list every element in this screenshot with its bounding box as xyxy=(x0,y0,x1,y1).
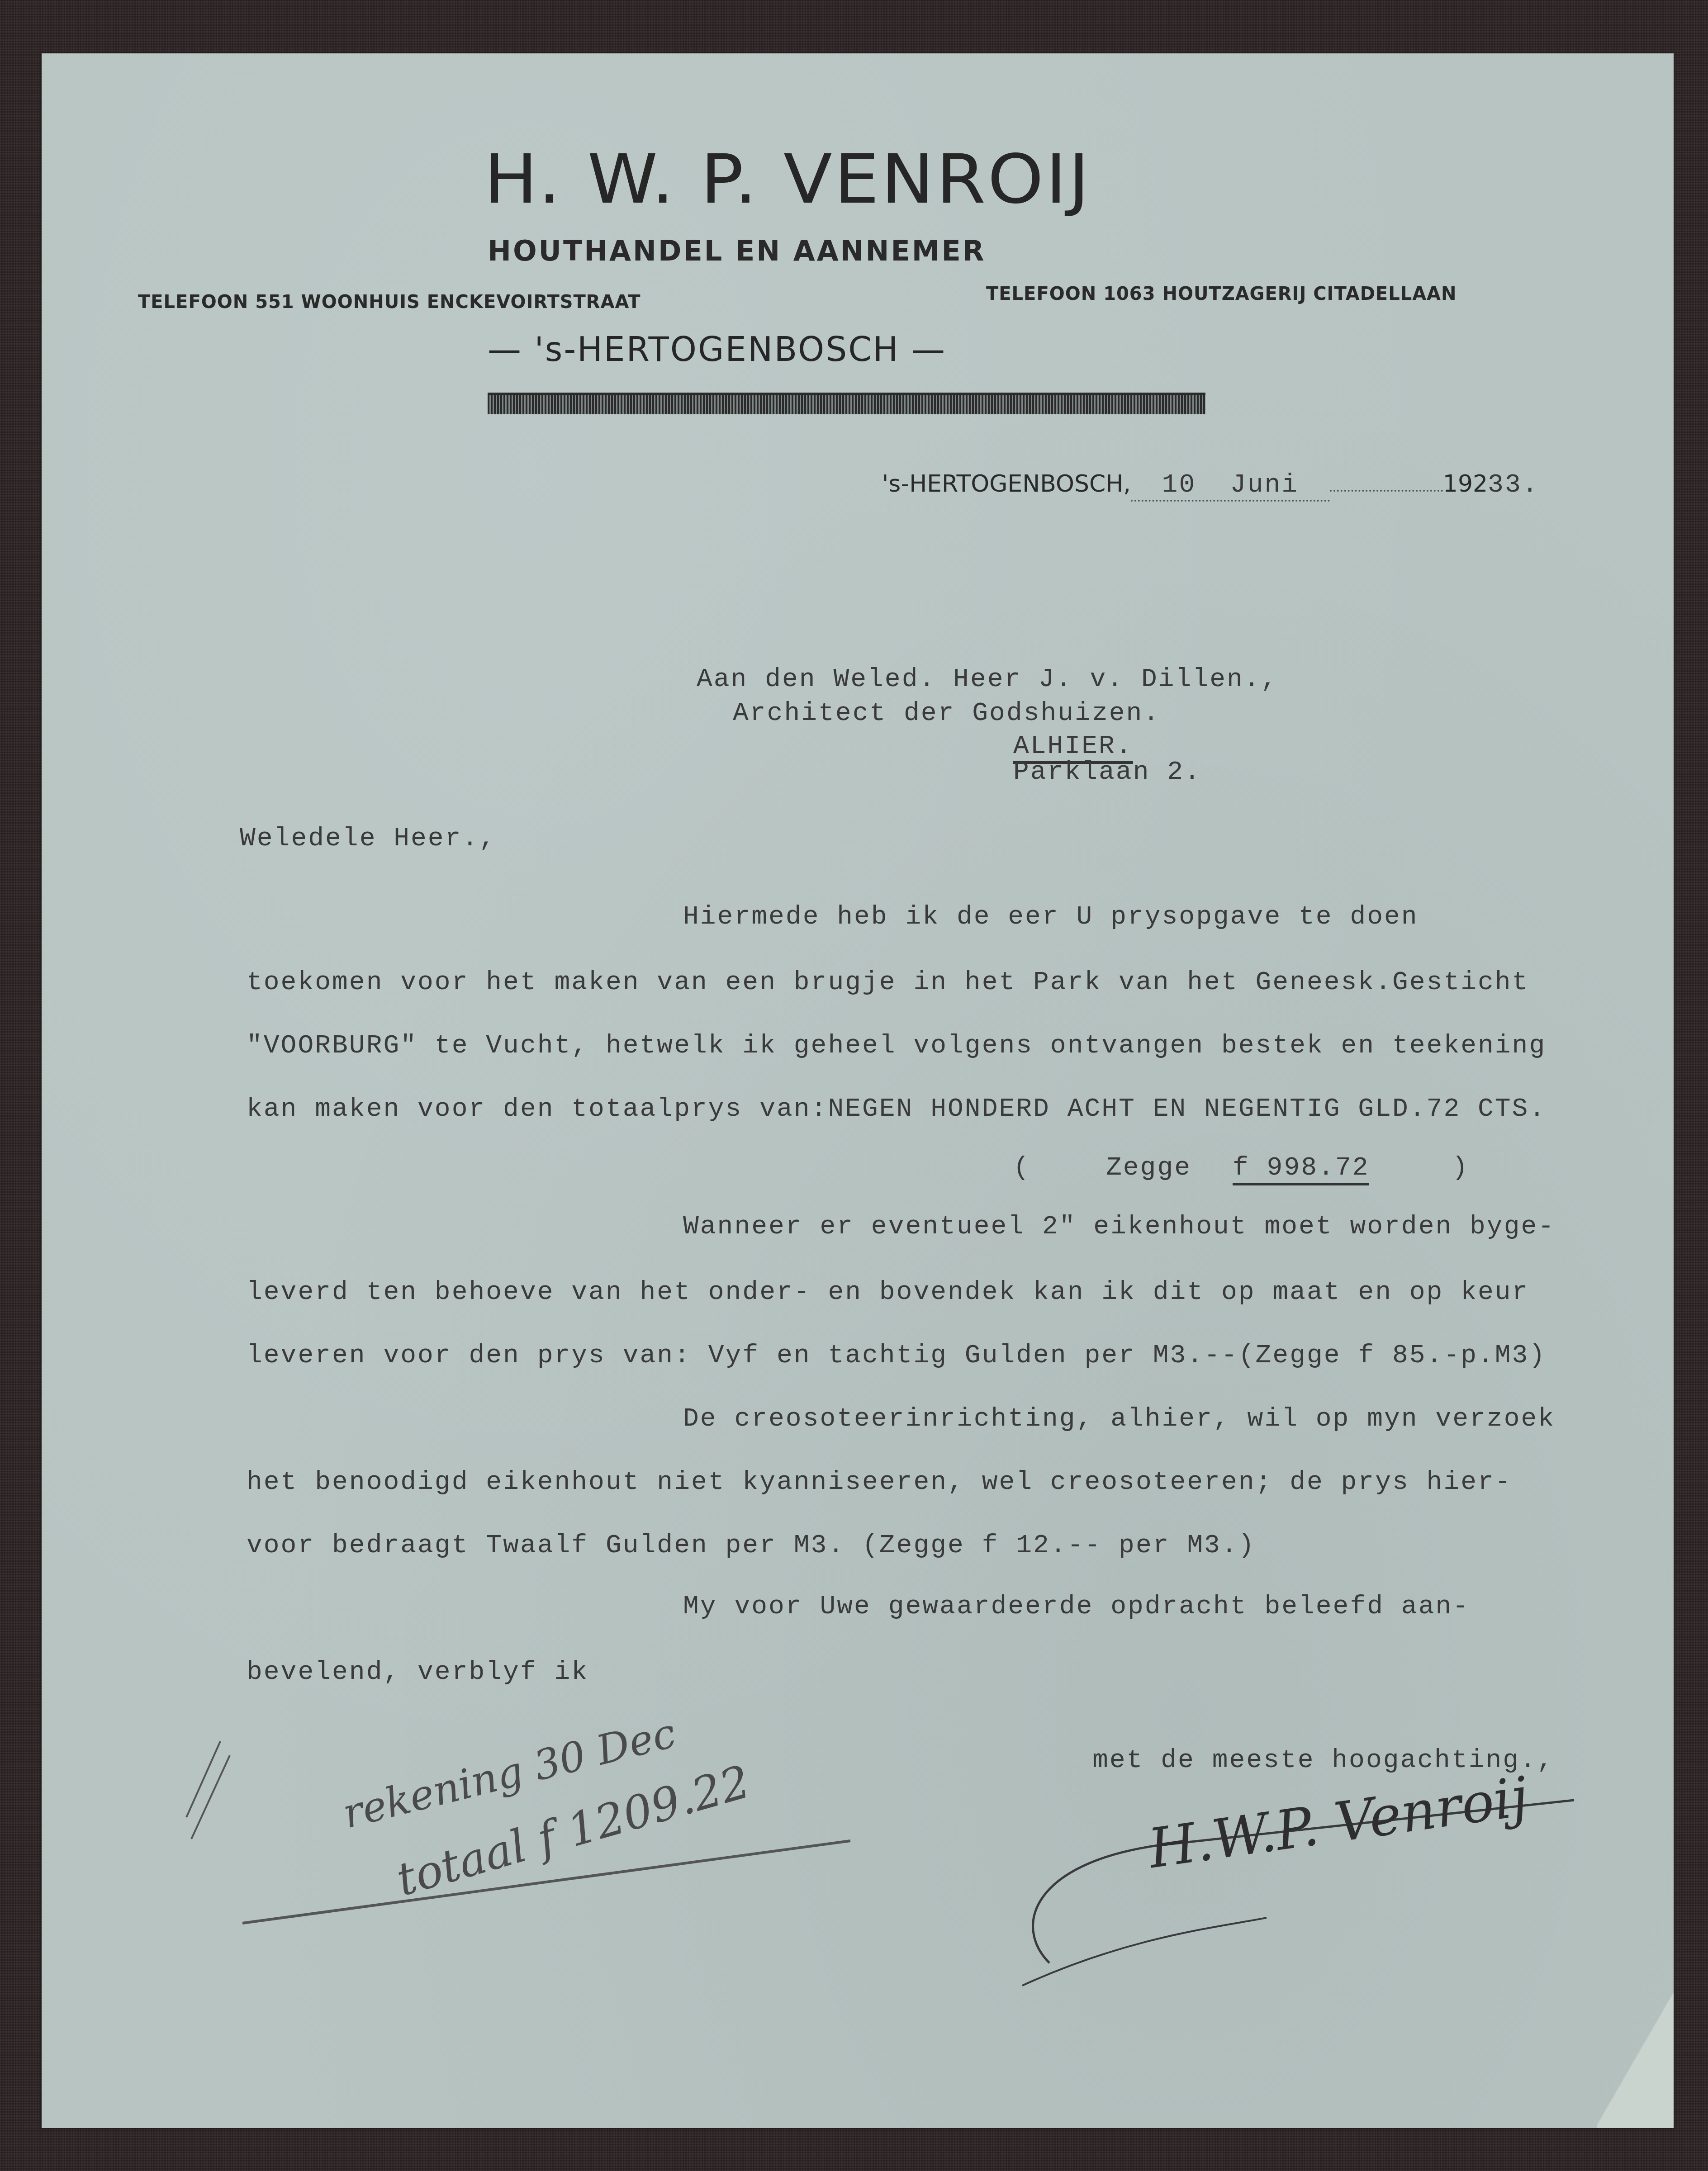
signature-flourish xyxy=(0,0,1708,2171)
